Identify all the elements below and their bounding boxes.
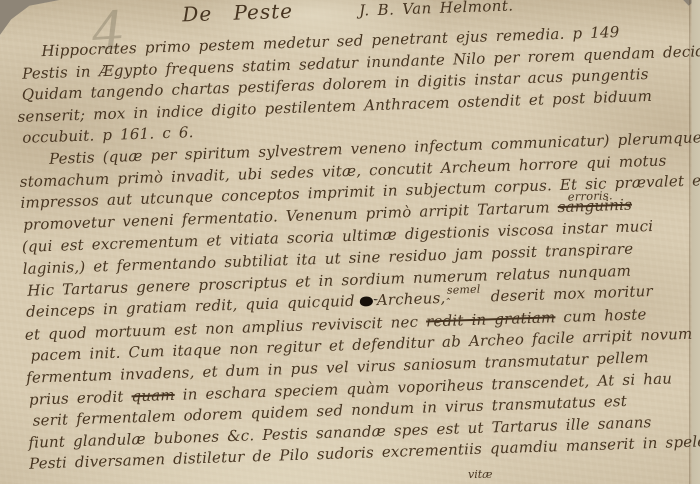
text-segment: redit in gratiam: [426, 308, 556, 330]
text-segment: semel: [447, 283, 481, 297]
manuscript-photo: 4 De PesteJ. B. Van Helmont. Hippocrates…: [0, 0, 700, 484]
text-segment: erroris.: [567, 188, 613, 203]
text-segment: quam: [131, 385, 175, 404]
manuscript-text: De PesteJ. B. Van Helmont. Hippocrates p…: [14, 0, 700, 476]
manuscript-lines: Hippocrates primo pestem medetur sed pen…: [15, 20, 700, 476]
text-segment: cum hoste: [555, 305, 647, 326]
text-segment: occubuit. p 161. c 6.: [22, 123, 194, 147]
text-segment: Archeus,: [376, 289, 445, 309]
text-segment: prius erodit: [29, 387, 132, 408]
page-title: De Peste: [182, 0, 294, 26]
interlinear-insertion: vitæ: [468, 468, 493, 481]
text-segment: deserit mox moritur: [482, 282, 653, 306]
text-segment: ˆ: [444, 297, 450, 310]
ink-blot: [359, 296, 373, 308]
author-name: J. B. Van Helmont.: [359, 0, 514, 20]
